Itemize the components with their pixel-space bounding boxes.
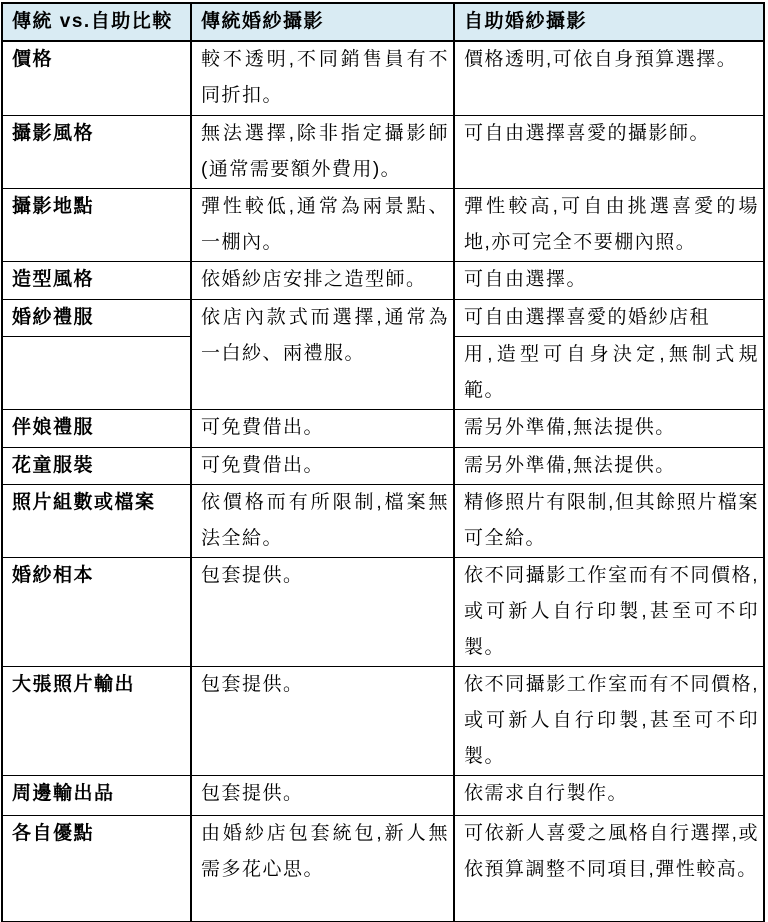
table-row-bridesmaid: 伴娘禮服 可免費借出。 需另外準備,無法提供。 <box>2 409 764 447</box>
row-label: 周邊輸出品 <box>2 775 191 815</box>
row-label: 伴娘禮服 <box>2 409 191 447</box>
row-label: 花童服裝 <box>2 447 191 484</box>
diy-cell: 依不同攝影工作室而有不同價格,或可新人自行印製,甚至可不印製。 <box>454 557 764 666</box>
diy-cell: 可自由選擇。 <box>454 261 764 299</box>
traditional-cell: 依價格而有所限制,檔案無法全給。 <box>191 484 454 557</box>
row-label: 攝影風格 <box>2 115 191 188</box>
row-label: 造型風格 <box>2 261 191 299</box>
header-traditional: 傳統婚紗攝影 <box>191 3 454 41</box>
diy-cell: 可自由選擇喜愛的攝影師。 <box>454 115 764 188</box>
row-label: 照片組數或檔案 <box>2 484 191 557</box>
table-row-photo-count: 照片組數或檔案 依價格而有所限制,檔案無法全給。 精修照片有限制,但其餘照片檔案… <box>2 484 764 557</box>
table-row-dress-top: 婚紗禮服 依店內款式而選擇,通常為一白紗、兩禮服。 可自由選擇喜愛的婚紗店租 <box>2 299 764 336</box>
traditional-cell: 可免費借出。 <box>191 447 454 484</box>
diy-cell-part1: 可自由選擇喜愛的婚紗店租 <box>454 299 764 336</box>
table-row-peripherals: 周邊輸出品 包套提供。 依需求自行製作。 <box>2 775 764 815</box>
diy-cell: 依不同攝影工作室而有不同價格,或可新人自行印製,甚至可不印製。 <box>454 666 764 775</box>
row-label: 婚紗禮服 <box>2 299 191 336</box>
row-label: 婚紗相本 <box>2 557 191 666</box>
diy-cell-part2: 用,造型可自身決定,無制式規範。 <box>454 336 764 409</box>
header-diy: 自助婚紗攝影 <box>454 3 764 41</box>
diy-cell: 彈性較高,可自由挑選喜愛的場地,亦可完全不要棚內照。 <box>454 188 764 261</box>
traditional-cell: 由婚紗店包套統包,新人無需多花心思。 <box>191 815 454 922</box>
table-row-price: 價格 較不透明,不同銷售員有不同折扣。 價格透明,可依自身預算選擇。 <box>2 41 764 115</box>
diy-cell: 依需求自行製作。 <box>454 775 764 815</box>
traditional-cell: 可免費借出。 <box>191 409 454 447</box>
table-row-large-print: 大張照片輸出 包套提供。 依不同攝影工作室而有不同價格,或可新人自行印製,甚至可… <box>2 666 764 775</box>
traditional-cell: 包套提供。 <box>191 666 454 775</box>
traditional-cell: 依婚紗店安排之造型師。 <box>191 261 454 299</box>
diy-cell: 可依新人喜愛之風格自行選擇,或依預算調整不同項目,彈性較高。 <box>454 815 764 922</box>
traditional-cell: 包套提供。 <box>191 775 454 815</box>
traditional-cell: 無法選擇,除非指定攝影師(通常需要額外費用)。 <box>191 115 454 188</box>
table-row-flower-child: 花童服裝 可免費借出。 需另外準備,無法提供。 <box>2 447 764 484</box>
row-label: 各自優點 <box>2 815 191 922</box>
document-page: 傳統 vs.自助比較 傳統婚紗攝影 自助婚紗攝影 價格 較不透明,不同銷售員有不… <box>0 0 768 922</box>
table-row-location: 攝影地點 彈性較低,通常為兩景點、一棚內。 彈性較高,可自由挑選喜愛的場地,亦可… <box>2 188 764 261</box>
diy-cell: 價格透明,可依自身預算選擇。 <box>454 41 764 115</box>
table-row-photo-style: 攝影風格 無法選擇,除非指定攝影師(通常需要額外費用)。 可自由選擇喜愛的攝影師… <box>2 115 764 188</box>
table-row-album: 婚紗相本 包套提供。 依不同攝影工作室而有不同價格,或可新人自行印製,甚至可不印… <box>2 557 764 666</box>
header-compare: 傳統 vs.自助比較 <box>2 3 191 41</box>
row-label: 攝影地點 <box>2 188 191 261</box>
row-label-empty <box>2 336 191 409</box>
diy-cell: 需另外準備,無法提供。 <box>454 447 764 484</box>
traditional-cell: 依店內款式而選擇,通常為一白紗、兩禮服。 <box>191 299 454 409</box>
traditional-cell: 包套提供。 <box>191 557 454 666</box>
comparison-table: 傳統 vs.自助比較 傳統婚紗攝影 自助婚紗攝影 價格 較不透明,不同銷售員有不… <box>1 2 765 922</box>
table-row-advantages: 各自優點 由婚紗店包套統包,新人無需多花心思。 可依新人喜愛之風格自行選擇,或依… <box>2 815 764 922</box>
traditional-cell: 較不透明,不同銷售員有不同折扣。 <box>191 41 454 115</box>
diy-cell: 需另外準備,無法提供。 <box>454 409 764 447</box>
row-label: 大張照片輸出 <box>2 666 191 775</box>
table-row-styling: 造型風格 依婚紗店安排之造型師。 可自由選擇。 <box>2 261 764 299</box>
row-label: 價格 <box>2 41 191 115</box>
header-row: 傳統 vs.自助比較 傳統婚紗攝影 自助婚紗攝影 <box>2 3 764 41</box>
traditional-cell: 彈性較低,通常為兩景點、一棚內。 <box>191 188 454 261</box>
diy-cell: 精修照片有限制,但其餘照片檔案可全給。 <box>454 484 764 557</box>
